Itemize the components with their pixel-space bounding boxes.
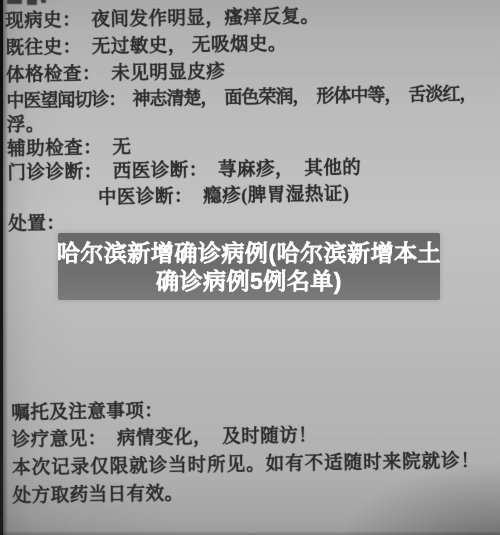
line-tcm-inspection-continued: 浮。 (7, 110, 45, 137)
top-cutoff-fragment (41, 0, 46, 3)
line-treatment-advice: 诊疗意见： 病情变化， 及时随访！ (12, 421, 318, 452)
top-cutoff-fragment (7, 0, 22, 4)
line-physical-exam: 体格检查： 未见明显皮疹 (6, 58, 226, 87)
medical-record-photo: 现病史： 夜间发作明显，瘙痒反复。 既往史： 无过敏史， 无吸烟史。 体格检查：… (0, 0, 500, 535)
line-prescription-validity: 处方取药当日有效。 (12, 479, 183, 508)
line-tcm-diagnosis: 中医诊断： 瘾疹(脾胃湿热证) (98, 180, 350, 210)
headline-line-2: 确诊病例5例名单) (156, 267, 342, 295)
headline-overlay: 哈尔滨新增确诊病例(哈尔滨新增本土 确诊病例5例名单) (58, 233, 440, 300)
line-record-disclaimer: 本次记录仅限就诊当时所见。如有不适随时来院就诊！ (12, 447, 480, 480)
line-present-illness: 现病史： 夜间发作明显，瘙痒反复。 (5, 2, 320, 33)
line-disposition: 处置： (8, 209, 65, 236)
line-instructions-header: 嘱托及注意事项： (11, 397, 163, 425)
top-cutoff-fragment (27, 0, 37, 5)
line-past-history: 既往史： 无过敏史， 无吸烟史。 (5, 30, 287, 60)
photo-bottom-shadow (0, 531, 500, 535)
photo-left-edge-shadow (3, 0, 8, 535)
headline-line-1: 哈尔滨新增确诊病例(哈尔滨新增本土 (57, 239, 441, 267)
